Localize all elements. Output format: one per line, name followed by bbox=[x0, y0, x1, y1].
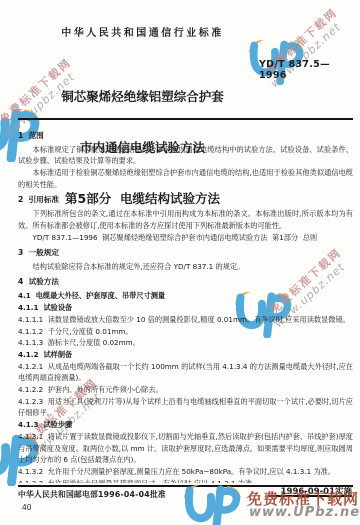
paragraph: 4.1.2.3 用适当工具(锐利刀片等)从每个试样上沿着与电缆轴线相垂直的平面切… bbox=[18, 396, 353, 419]
title-line-1: 铜芯聚烯烃绝缘铝塑综合护套 bbox=[0, 88, 285, 105]
section-heading: 4.1.2 试样制备 bbox=[18, 349, 353, 361]
paragraph: 4.1.3.2 允许用千分尺测量护套厚度,测量压力应在 50kPa~80kPa。… bbox=[18, 466, 353, 478]
paragraph: 4.1.1.3 游标卡尺,分度值 0.02mm。 bbox=[18, 337, 353, 349]
paragraph: 本标准适用于检验铜芯聚烯烃绝缘铝塑综合护套市内通信电缆的结构,也适用于检验其他类… bbox=[18, 167, 353, 190]
header-rule bbox=[18, 118, 353, 120]
section-heading: 4.1.1 试验设备 bbox=[18, 302, 353, 314]
paragraph: YD/T 837.1—1996 铜芯聚烯烃绝缘铝塑综合护套市内通信电缆试验方法 … bbox=[18, 232, 353, 244]
page-number: 40 bbox=[22, 503, 32, 512]
section-heading: 2 引用标准 bbox=[18, 194, 353, 206]
section-heading: 4.1 电缆最大外径、护套厚度、吊带尺寸测量 bbox=[18, 290, 353, 302]
scanned-standard-page: 免费标准下载网 www.upbz.net 免费标准下载网 www.upbz.ne… bbox=[0, 0, 360, 525]
paragraph: 4.1.3.1 将试片置于读数显微镜或投影仪下,切割面与光轴垂直,然后读取护套(… bbox=[18, 431, 353, 466]
paragraph: 本标准规定了铜芯聚烯烃绝缘铝塑综合护套市内通信电缆结构中的试验方法、试验设备、试… bbox=[18, 144, 353, 167]
standard-number: YD/T 837.5—1996 bbox=[259, 59, 357, 81]
standard-class-heading: 中华人民共和国通信行业标准 bbox=[0, 24, 285, 39]
section-heading: 4 试验方法 bbox=[18, 276, 353, 288]
paragraph: 4.1.1.2 千分尺,分度值 0.01mm。 bbox=[18, 326, 353, 338]
section-heading: 1 范围 bbox=[18, 130, 353, 142]
footer-approval: 中华人民共和国邮电部1996-04-04批准 bbox=[18, 489, 166, 500]
document-content: 中华人民共和国通信行业标准 铜芯聚烯烃绝缘铝塑综合护套 市内通信电缆试验方法 第… bbox=[0, 0, 360, 525]
section-heading: 3 一般规定 bbox=[18, 247, 353, 259]
paragraph: 结构试验除应符合本标准的规定外,还应符合 YD/T 837.1 的规定。 bbox=[18, 261, 353, 273]
document-body: 1 范围本标准规定了铜芯聚烯烃绝缘铝塑综合护套市内通信电缆结构中的试验方法、试验… bbox=[18, 126, 353, 483]
section-heading: 4.1.3 试验步骤 bbox=[18, 419, 353, 431]
paragraph: 4.1.1.1 读数显微镜或放大倍数至少 10 倍的测量投影仪,精度 0.01m… bbox=[18, 314, 353, 326]
paragraph: 下列标准所包含的条文,通过在本标准中引用而构成为本标准的条文。本标准出版时,所示… bbox=[18, 208, 353, 231]
footer-implementation-rule bbox=[268, 495, 352, 497]
paragraph: 4.1.2.2 护套内、外的所有元件须小心除去。 bbox=[18, 384, 353, 396]
paragraph: 4.1.2.1 从成品电缆两端各截取一个长约 100mm 的试样(当用 4.1.… bbox=[18, 361, 353, 384]
paragraph: 4.1.3.3 允许用游标卡尺测量吊带截面尺寸。有争议时,应以 4.1.3.1 … bbox=[18, 478, 353, 483]
